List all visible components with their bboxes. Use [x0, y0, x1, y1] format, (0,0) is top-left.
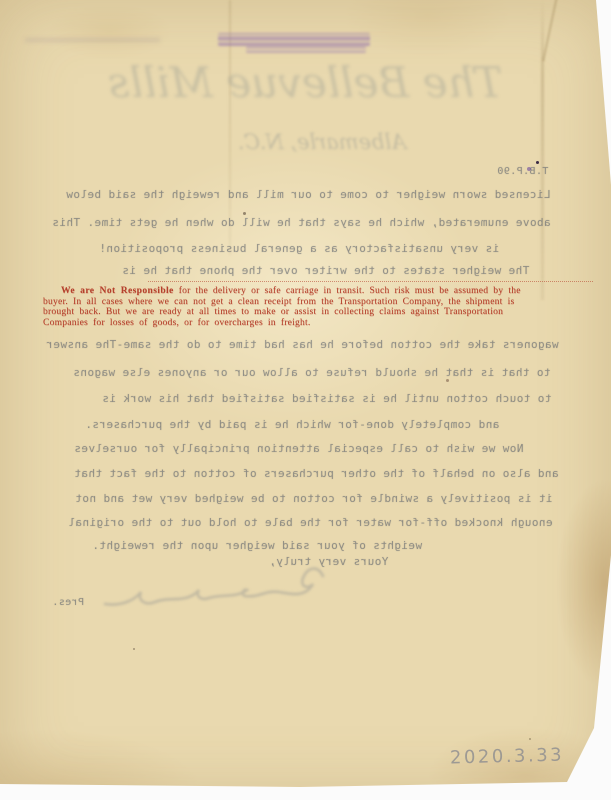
bleedthrough-typed-line: and also on behalf of the other purchase…: [74, 467, 559, 480]
paper-speck: [529, 738, 531, 740]
accession-number: 2020.3.33: [450, 745, 565, 769]
fold-crease-right: [541, 0, 544, 300]
bleedthrough-typed-line: enough knocked off-for water for the bal…: [68, 516, 553, 529]
stamp-line-2: buyer. In all cases where we can not get…: [43, 297, 555, 308]
bleedthrough-typed-line: to touch cotton until he is satisfied sa…: [102, 392, 551, 405]
bleedthrough-signature-title: Pres.: [52, 597, 84, 608]
not-responsible-stamp-notice: We are Not Responsible for the delivery …: [43, 286, 555, 328]
bleedthrough-typed-line: is very unsatisfactory as a general busi…: [99, 242, 499, 255]
corner-crease-top-right: [542, 0, 558, 61]
stamp-border-line: [148, 281, 593, 282]
bleedthrough-signature-script: [95, 562, 330, 607]
stamp-line-4: Companies for losses of goods, or for ov…: [43, 318, 555, 329]
paper-speck: [446, 379, 449, 382]
bleedthrough-typed-line: above enumerated, which he says that he …: [52, 216, 551, 229]
bleedthrough-typed-line: weights of your said weigher upon the re…: [92, 539, 422, 552]
stamp-bold-lead: We are Not Responsible: [61, 286, 174, 296]
bleedthrough-typed-line: and completely done-for which he is paid…: [85, 418, 499, 431]
stamp-line-1-rest: for the delivery or safe carriage in tra…: [174, 286, 521, 296]
smudge-streak: [25, 38, 160, 42]
bleedthrough-typed-line: to that is that he should refuse to allo…: [73, 366, 551, 379]
bleedthrough-letterhead-script: The Bellevue Mills: [108, 58, 503, 107]
bleedthrough-typed-line: Now we wish to call especial attention p…: [74, 442, 523, 455]
stamp-line-1: We are Not Responsible for the delivery …: [43, 286, 555, 297]
paper-sheet-verso: The Bellevue Mills Albemarle, N.C. T.B.P…: [0, 0, 611, 800]
paper-speck: [243, 212, 246, 215]
stamp-line-3: brought back. But we are ready at all ti…: [43, 307, 555, 318]
bleedthrough-typed-line: it is positively a swindle for cotton to…: [75, 492, 553, 505]
photograph-frame: The Bellevue Mills Albemarle, N.C. T.B.P…: [0, 0, 611, 800]
ink-dot-purple: [527, 167, 531, 171]
bleedthrough-typed-line: The weigher states to the writer over th…: [122, 264, 529, 277]
paper-speck: [133, 648, 135, 650]
bleedthrough-letterhead-subline: Albemarle, N.C.: [238, 130, 406, 154]
bleedthrough-typed-line: wagoners take the cotton before he has h…: [46, 338, 559, 351]
bleedthrough-typed-line: Licensed sworn weigher to come to our mi…: [66, 188, 551, 201]
purple-ink-stamp-smudge: [246, 46, 366, 53]
bleedthrough-ref-mark: T.B.P.90: [497, 166, 548, 177]
ink-dot-dark: [536, 161, 539, 164]
purple-ink-stamp: [218, 33, 370, 46]
